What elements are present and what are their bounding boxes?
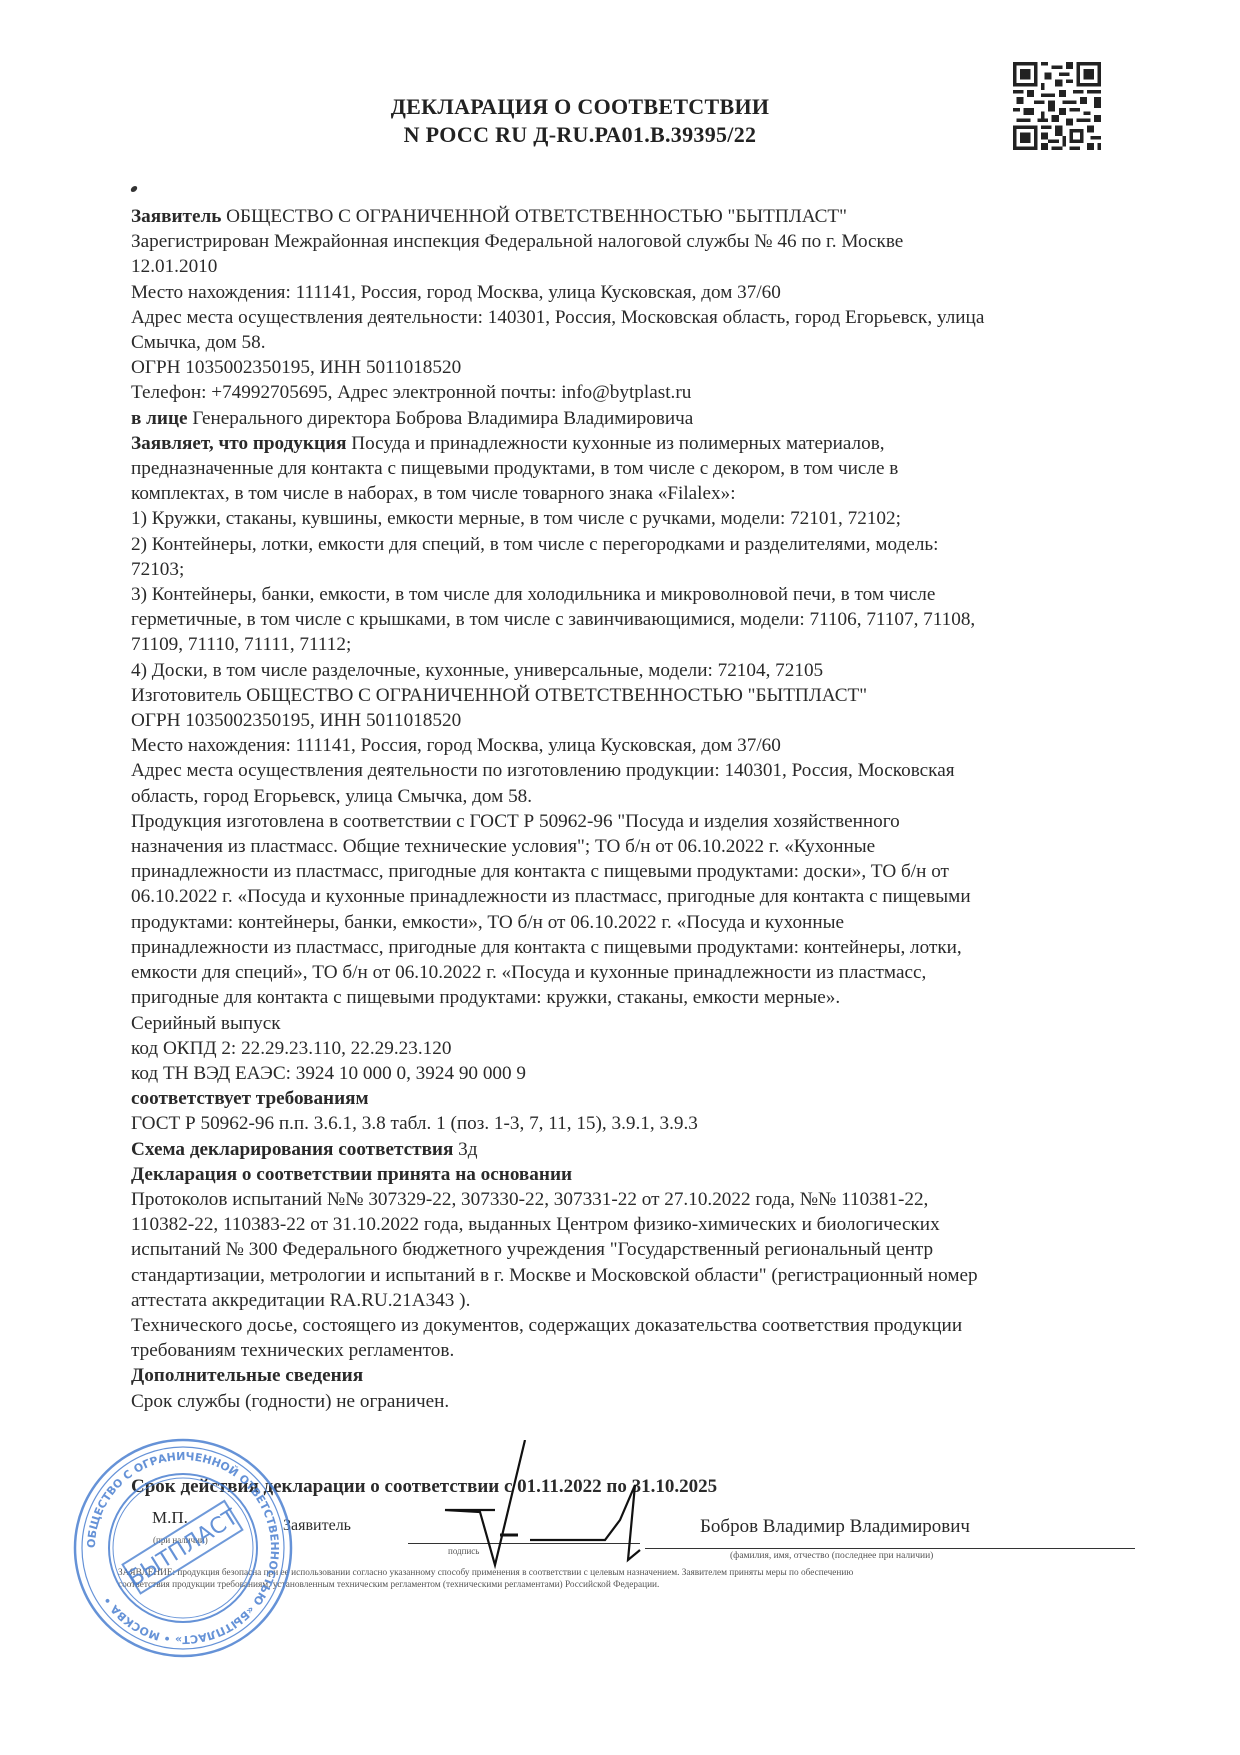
product-description: Посуда и принадлежности кухонные из поли… [346,433,884,454]
basis-label: Декларация о соответствии принята на осн… [131,1162,1141,1187]
applicant-contacts: Телефон: +74992705695, Адрес электронной… [131,380,1141,405]
basis-line: Протоколов испытаний №№ 307329-22, 30733… [131,1187,1141,1212]
product-item: 72103; [131,557,1141,582]
manufacturer-production-address: Адрес места осуществления деятельности п… [131,758,1141,783]
declaration-body: Заявитель ОБЩЕСТВО С ОГРАНИЧЕННОЙ ОТВЕТС… [131,204,1141,1414]
name-caption: (фамилия, имя, отчество (последнее при н… [730,1551,933,1561]
product-label: Заявляет, что продукция [131,433,346,454]
applicant-name: ОБЩЕСТВО С ОГРАНИЧЕННОЙ ОТВЕТСТВЕННОСТЬЮ… [221,206,847,227]
handwritten-signature-icon [400,1440,730,1580]
standards-line: емкости для специй», ТО б/н от 06.10.202… [131,960,1141,985]
product-description-cont: предназначенные для контакта с пищевыми … [131,456,1141,481]
basis-line: Технического досье, состоящего из докуме… [131,1313,1141,1338]
product-description-cont: комплектах, в том числе в наборах, в том… [131,481,1141,506]
requirements-label: соответствует требованиям [131,1086,1141,1111]
manufacturer-ogrn-inn: ОГРН 1035002350195, ИНН 5011018520 [131,708,1141,733]
signer-name: Бобров Владимир Владимирович [700,1516,970,1538]
product-item: герметичные, в том числе с крышками, в т… [131,607,1141,632]
qr-code-icon [1013,62,1101,150]
manufacturer-line: Изготовитель ОБЩЕСТВО С ОГРАНИЧЕННОЙ ОТВ… [131,683,1141,708]
scheme-value: 3д [453,1139,477,1160]
basis-line: требованиям технических регламентов. [131,1338,1141,1363]
represented-name: Генерального директора Боброва Владимира… [188,408,694,429]
additional-text: Срок службы (годности) не ограничен. [131,1389,1141,1414]
company-seal-stamp-icon: ОБЩЕСТВО С ОГРАНИЧЕННОЙ ОТВЕТСТВЕННОСТЬЮ… [68,1433,298,1663]
basis-line: 110382-22, 110383-22 от 31.10.2022 года,… [131,1212,1141,1237]
serial-production: Серийный выпуск [131,1011,1141,1036]
product-item: 3) Контейнеры, банки, емкости, в том чис… [131,582,1141,607]
product-item: 1) Кружки, стаканы, кувшины, емкости мер… [131,506,1141,531]
applicant-activity-address-cont: Смычка, дом 58. [131,330,1141,355]
standards-line: принадлежности из пластмасс, пригодные д… [131,935,1141,960]
document-title: ДЕКЛАРАЦИЯ О СООТВЕТСТВИИ [300,93,860,121]
basis-line: стандартизации, метрологии и испытаний в… [131,1263,1141,1288]
applicant-line: Заявитель ОБЩЕСТВО С ОГРАНИЧЕННОЙ ОТВЕТС… [131,204,1141,229]
applicant-label: Заявитель [131,206,221,227]
document-header: ДЕКЛАРАЦИЯ О СООТВЕТСТВИИ N РОСС RU Д-RU… [300,93,860,149]
basis-line: аттестата аккредитации RA.RU.21А343 ). [131,1288,1141,1313]
scan-mark [130,186,138,192]
standards-line: 06.10.2022 г. «Посуда и кухонные принадл… [131,884,1141,909]
represented-by-line: в лице Генерального директора Боброва Вл… [131,406,1141,431]
standards-line: назначения из пластмасс. Общие техническ… [131,834,1141,859]
basis-line: испытаний № 300 Федерального бюджетного … [131,1237,1141,1262]
scheme-label: Схема декларирования соответствия [131,1139,453,1160]
manufacturer-production-address-cont: область, город Егорьевск, улица Смычка, … [131,784,1141,809]
tnved-code: код ТН ВЭД ЕАЭС: 3924 10 000 0, 3924 90 … [131,1061,1141,1086]
product-item: 4) Доски, в том числе разделочные, кухон… [131,658,1141,683]
declaration-page: ДЕКЛАРАЦИЯ О СООТВЕТСТВИИ N РОСС RU Д-RU… [0,0,1240,1755]
additional-label: Дополнительные сведения [131,1363,1141,1388]
scheme-line: Схема декларирования соответствия 3д [131,1137,1141,1162]
represented-label: в лице [131,408,188,429]
applicant-location: Место нахождения: 111141, Россия, город … [131,280,1141,305]
product-line: Заявляет, что продукция Посуда и принадл… [131,431,1141,456]
requirements-text: ГОСТ Р 50962-96 п.п. 3.6.1, 3.8 табл. 1 … [131,1111,1141,1136]
applicant-ogrn-inn: ОГРН 1035002350195, ИНН 5011018520 [131,355,1141,380]
product-item: 71109, 71110, 71111, 71112; [131,632,1141,657]
okpd-code: код ОКПД 2: 22.29.23.110, 22.29.23.120 [131,1036,1141,1061]
standards-line: пригодные для контакта с пищевыми продук… [131,985,1141,1010]
stamp-logo: БЫТПЛАСТ [124,1504,244,1592]
product-item: 2) Контейнеры, лотки, емкости для специй… [131,532,1141,557]
declaration-number: N РОСС RU Д-RU.РА01.В.39395/22 [300,121,860,149]
registration-line: Зарегистрирован Межрайонная инспекция Фе… [131,229,1141,254]
registration-date: 12.01.2010 [131,254,1141,279]
applicant-activity-address: Адрес места осуществления деятельности: … [131,305,1141,330]
manufacturer-location: Место нахождения: 111141, Россия, город … [131,733,1141,758]
standards-line: Продукция изготовлена в соответствии с Г… [131,809,1141,834]
standards-line: продуктами: контейнеры, банки, емкости»,… [131,910,1141,935]
standards-line: принадлежности из пластмасс, пригодные д… [131,859,1141,884]
